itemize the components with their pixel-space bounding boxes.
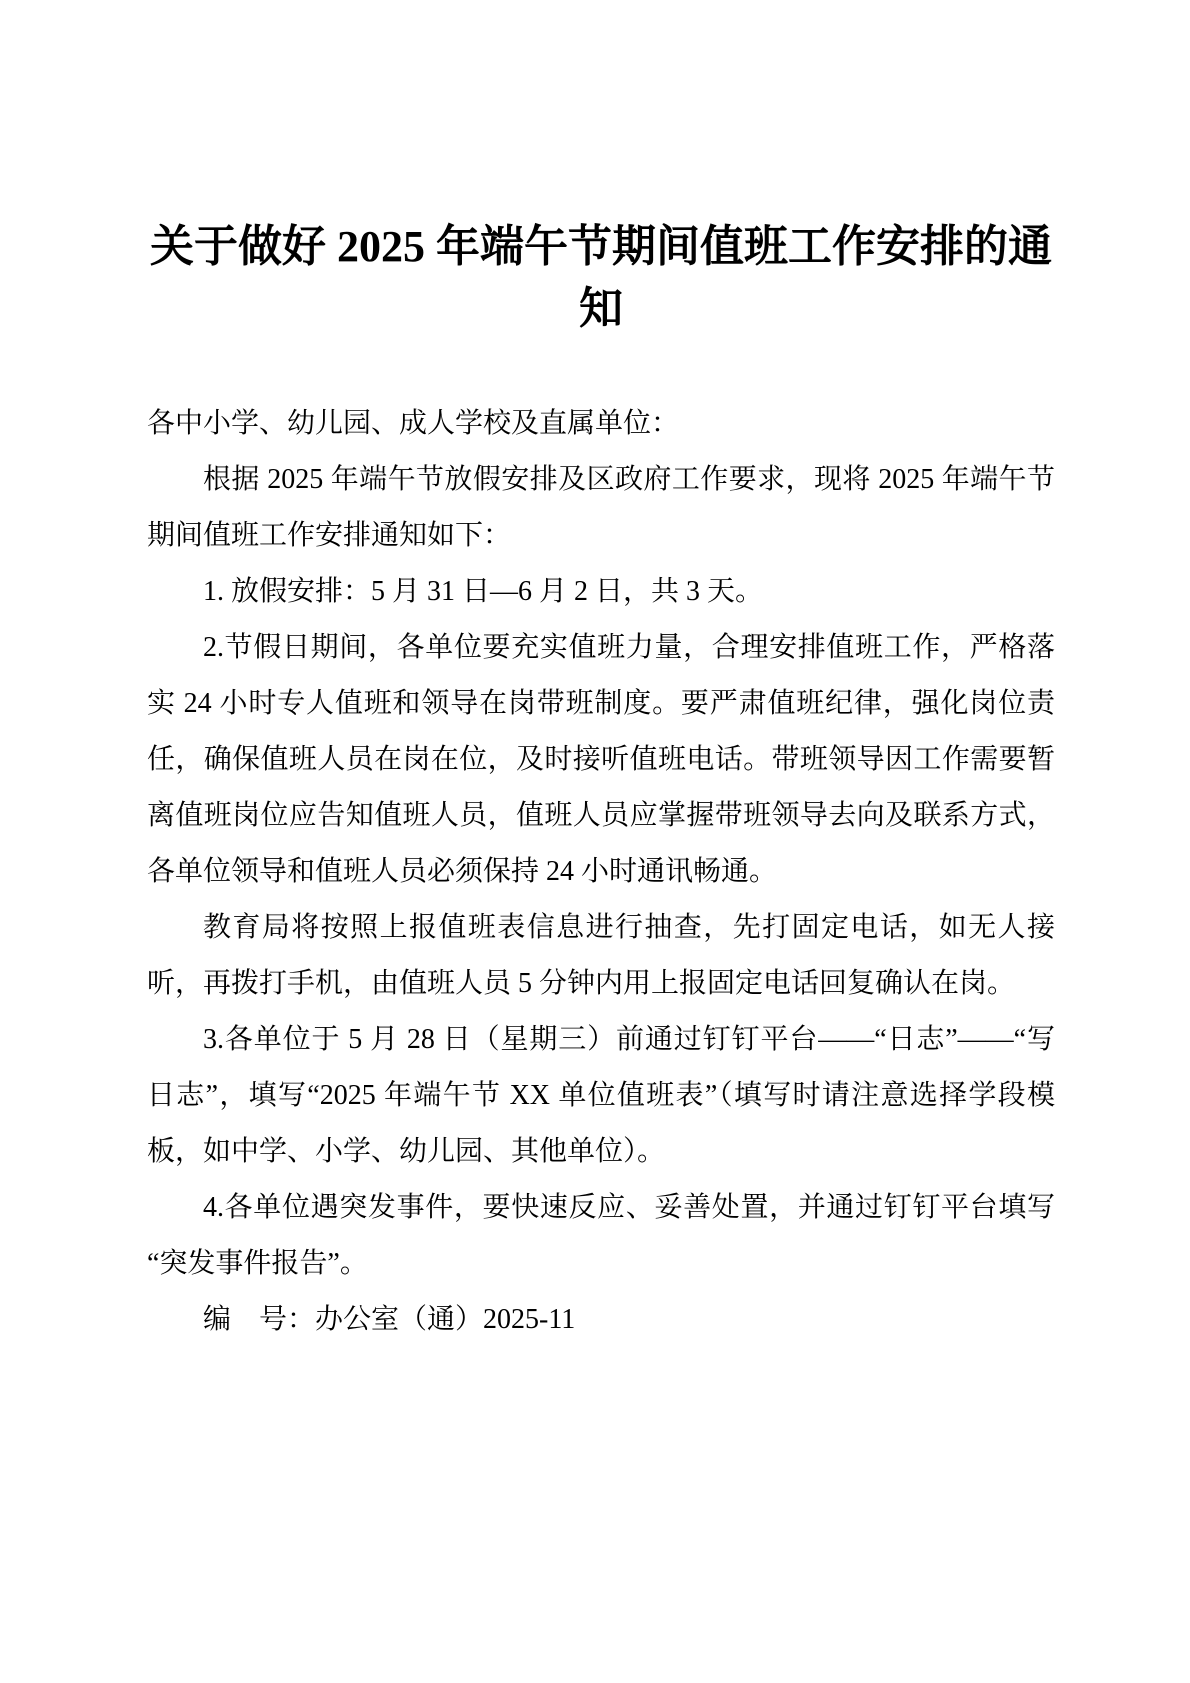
paragraph: 3.各单位于 5 月 28 日（星期三）前通过钉钉平台——“日志”——“写日志”… [147, 1012, 1055, 1180]
paragraph: 2.节假日期间，各单位要充实值班力量，合理安排值班工作，严格落实 24 小时专人… [147, 620, 1055, 900]
paragraph: 根据 2025 年端午节放假安排及区政府工作要求，现将 2025 年端午节期间值… [147, 452, 1055, 564]
document-title: 关于做好 2025 年端午节期间值班工作安排的通知 [147, 216, 1055, 340]
paragraph: 各中小学、幼儿园、成人学校及直属单位： [147, 396, 1055, 452]
document-body: 各中小学、幼儿园、成人学校及直属单位：根据 2025 年端午节放假安排及区政府工… [147, 396, 1055, 1348]
paragraph: 1. 放假安排：5 月 31 日—6 月 2 日，共 3 天。 [147, 564, 1055, 620]
document-page: 关于做好 2025 年端午节期间值班工作安排的通知 各中小学、幼儿园、成人学校及… [0, 0, 1190, 1683]
paragraph: 教育局将按照上报值班表信息进行抽查，先打固定电话，如无人接听，再拨打手机，由值班… [147, 900, 1055, 1012]
paragraph: 编 号：办公室（通）2025-11 [147, 1292, 1055, 1348]
paragraph: 4.各单位遇突发事件，要快速反应、妥善处置，并通过钉钉平台填写“突发事件报告”。 [147, 1180, 1055, 1292]
